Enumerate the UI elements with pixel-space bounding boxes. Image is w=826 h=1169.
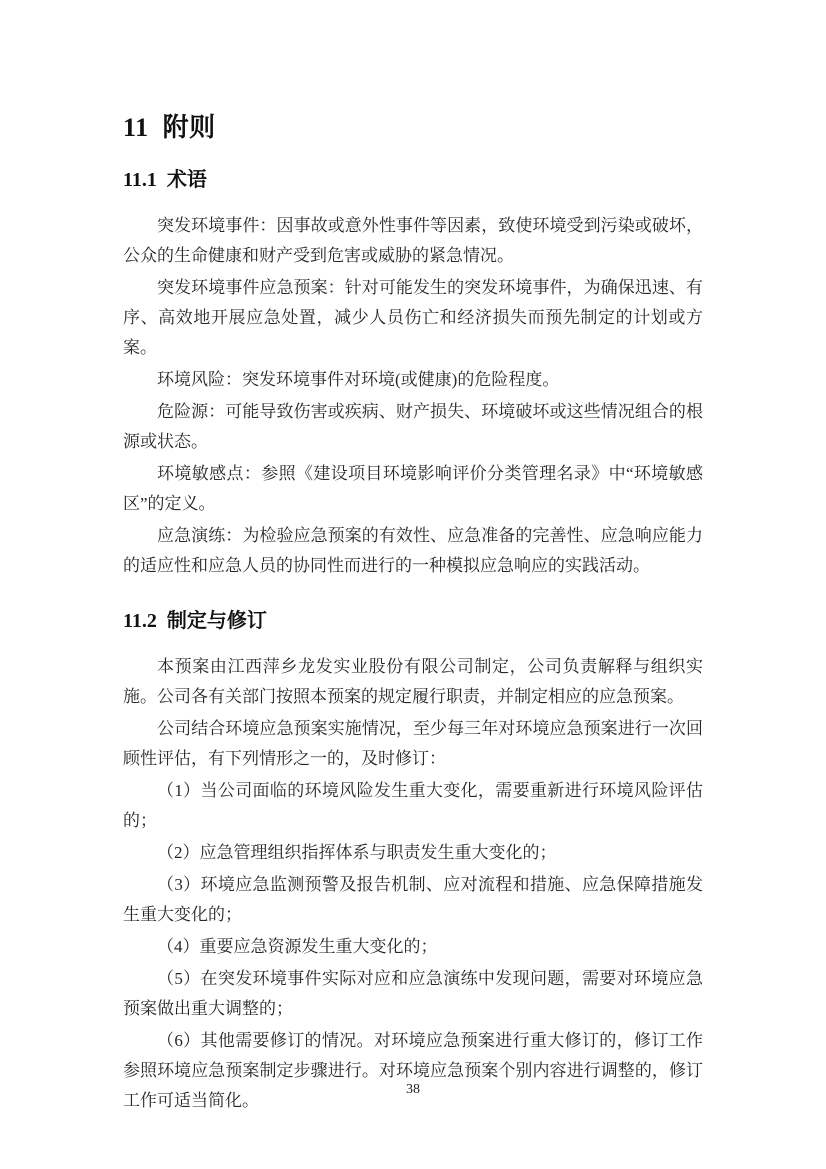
page-content: 11附则 11.1术语 突发环境事件：因事故或意外性事件等因素，致使环境受到污染… (123, 0, 703, 1118)
section-number: 11.1 (123, 169, 157, 191)
section-number: 11.2 (123, 610, 157, 632)
list-item-2: （2）应急管理组织指挥体系与职责发生重大变化的； (123, 838, 703, 868)
section-title: 术语 (167, 169, 207, 191)
page-number: 38 (0, 1082, 826, 1098)
paragraph: 环境风险：突发环境事件对环境(或健康)的危险程度。 (123, 365, 703, 395)
list-item-3: （3）环境应急监测预警及报告机制、应对流程和措施、应急保障措施发生重大变化的； (123, 870, 703, 930)
section-title: 制定与修订 (167, 610, 267, 632)
section-heading-11-2: 11.2制定与修订 (123, 609, 703, 633)
chapter-heading: 11附则 (123, 0, 703, 144)
section-11-1-body: 突发环境事件：因事故或意外性事件等因素，致使环境受到污染或破坏，公众的生命健康和… (123, 211, 703, 581)
paragraph: 公司结合环境应急预案实施情况，至少每三年对环境应急预案进行一次回顾性评估，有下列… (123, 714, 703, 774)
paragraph: 应急演练：为检验应急预案的有效性、应急准备的完善性、应急响应能力的适应性和应急人… (123, 521, 703, 581)
paragraph: 危险源：可能导致伤害或疾病、财产损失、环境破坏或这些情况组合的根源或状态。 (123, 397, 703, 457)
chapter-title: 附则 (163, 113, 216, 142)
paragraph: 环境敏感点：参照《建设项目环境影响评价分类管理名录》中“环境敏感区”的定义。 (123, 459, 703, 519)
paragraph: 突发环境事件应急预案：针对可能发生的突发环境事件，为确保迅速、有序、高效地开展应… (123, 273, 703, 363)
paragraph: 突发环境事件：因事故或意外性事件等因素，致使环境受到污染或破坏，公众的生命健康和… (123, 211, 703, 271)
list-item-1: （1）当公司面临的环境风险发生重大变化，需要重新进行环境风险评估的； (123, 776, 703, 836)
list-item-6: （6）其他需要修订的情况。对环境应急预案进行重大修订的，修订工作参照环境应急预案… (123, 1026, 703, 1116)
document-page: 11附则 11.1术语 突发环境事件：因事故或意外性事件等因素，致使环境受到污染… (0, 0, 826, 1169)
chapter-number: 11 (123, 113, 149, 142)
section-heading-11-1: 11.1术语 (123, 168, 703, 192)
paragraph: 本预案由江西萍乡龙发实业股份有限公司制定，公司负责解释与组织实施。公司各有关部门… (123, 652, 703, 712)
section-11-2-body: 本预案由江西萍乡龙发实业股份有限公司制定，公司负责解释与组织实施。公司各有关部门… (123, 652, 703, 1116)
list-item-5: （5）在突发环境事件实际对应和应急演练中发现问题，需要对环境应急预案做出重大调整… (123, 964, 703, 1024)
list-item-4: （4）重要应急资源发生重大变化的； (123, 932, 703, 962)
